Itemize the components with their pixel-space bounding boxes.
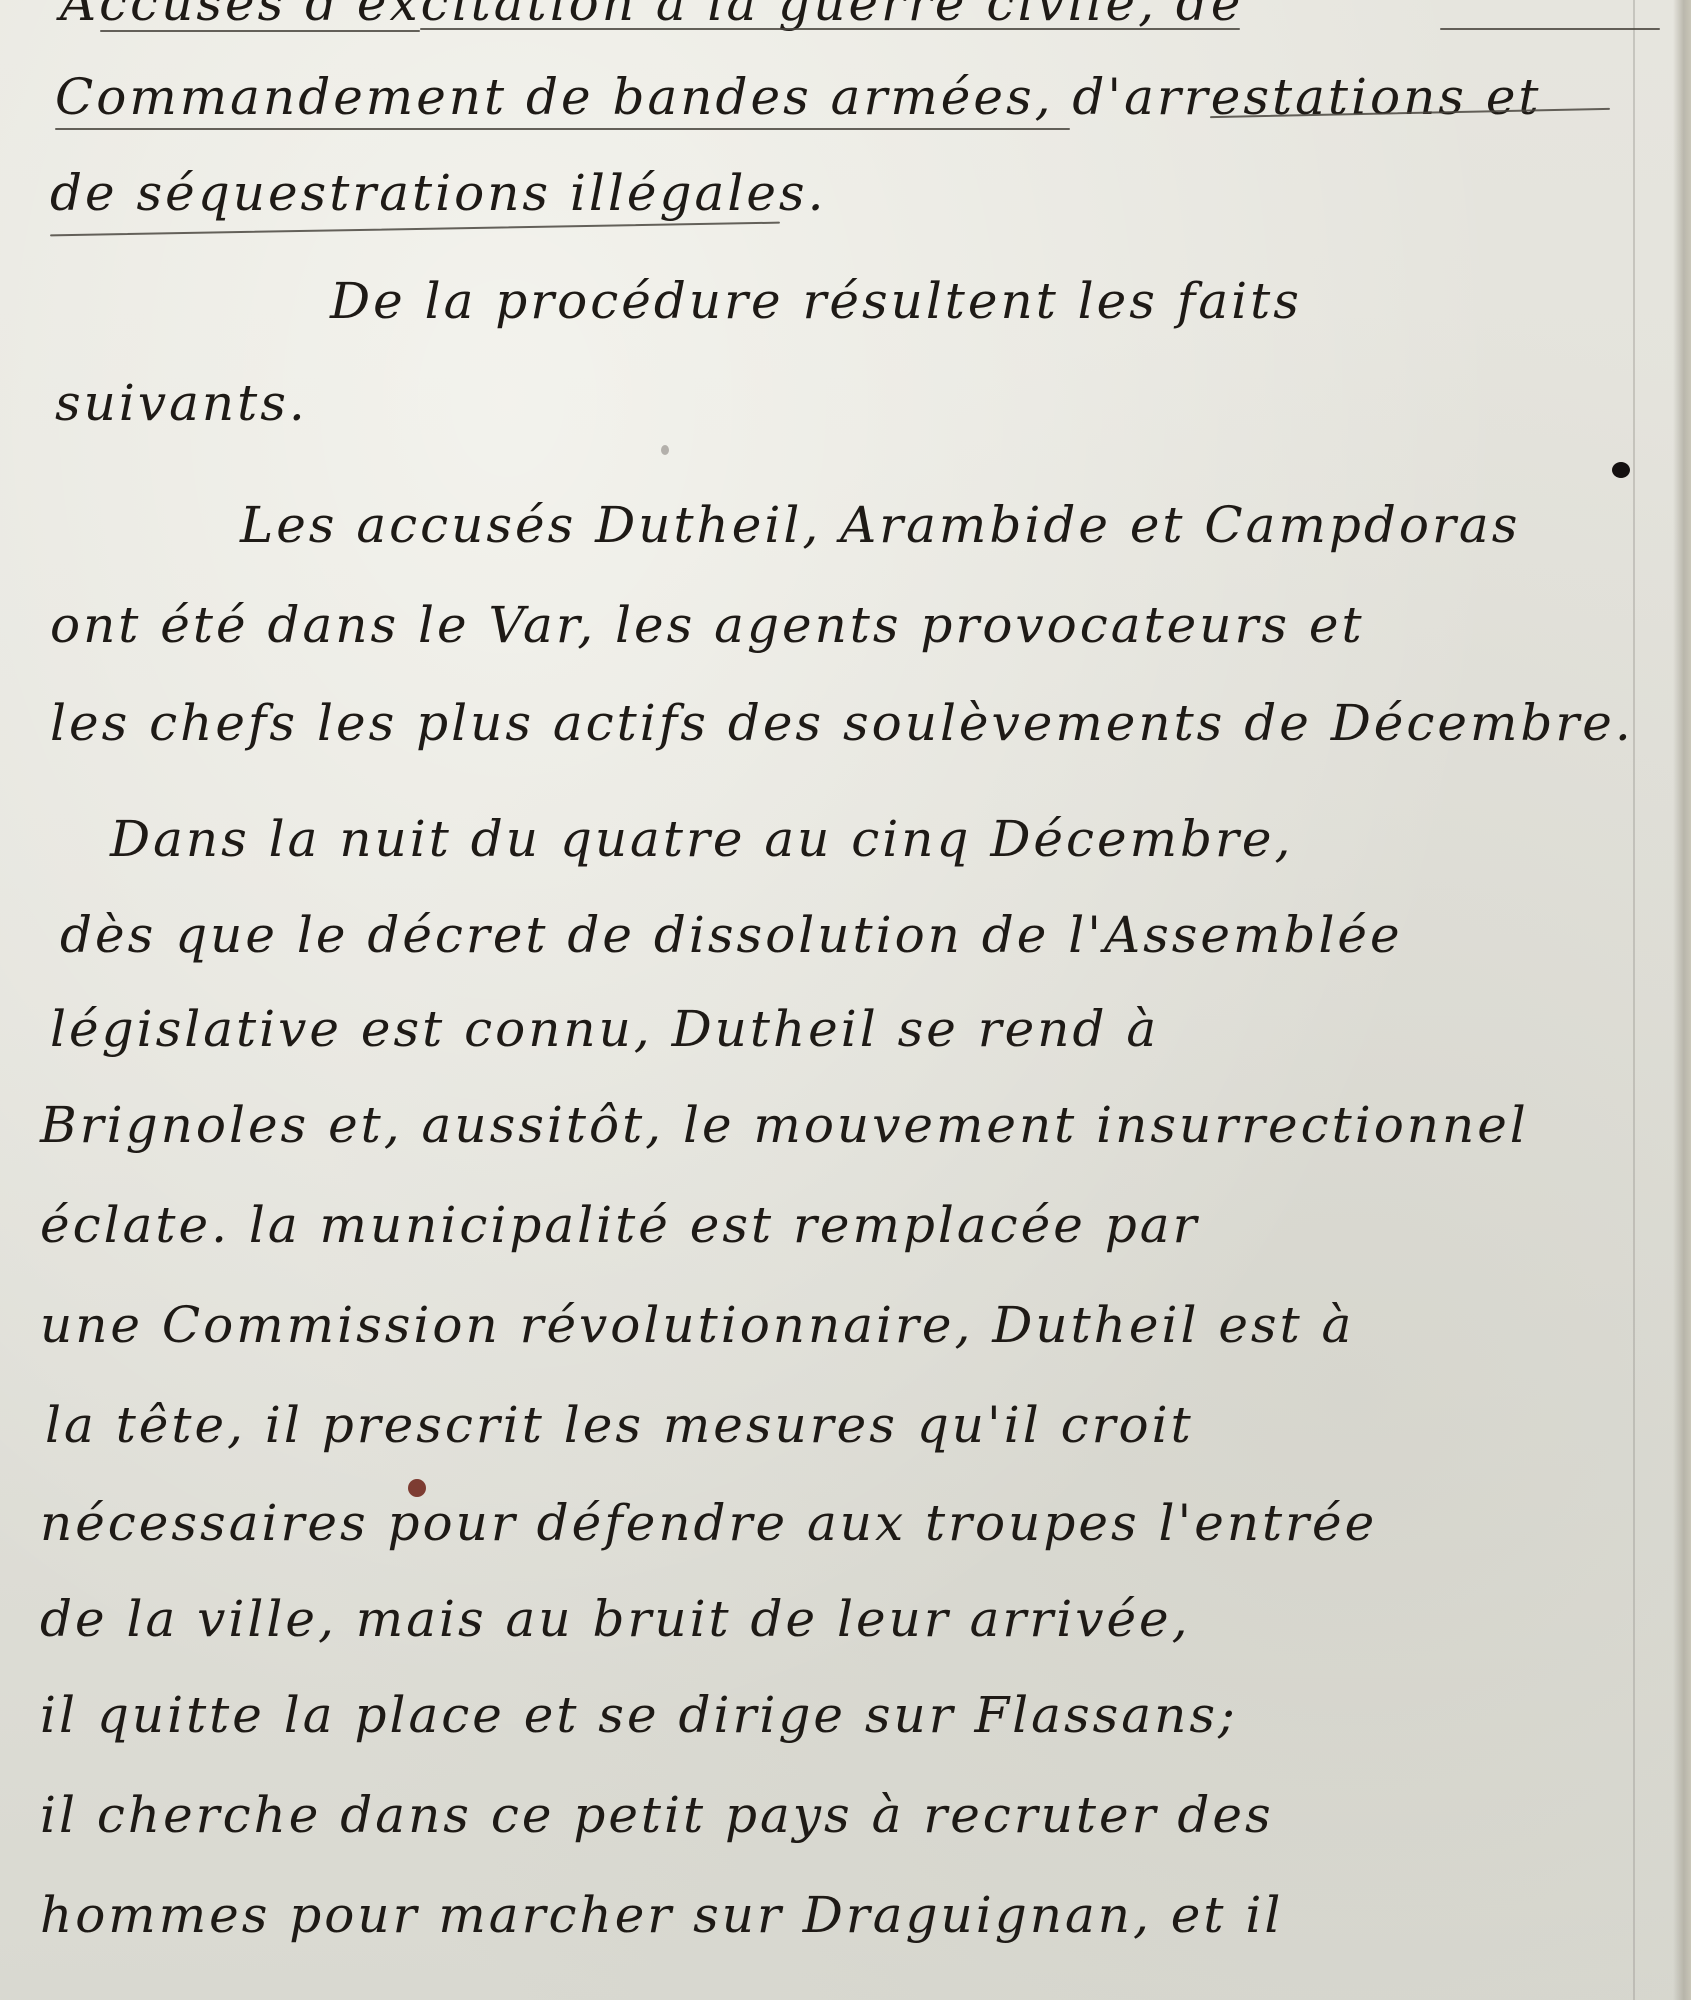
ink-stain — [408, 1479, 426, 1497]
text-line-12: Brignoles et, aussitôt, le mouvement ins… — [40, 1100, 1529, 1150]
paper-speck — [661, 445, 669, 455]
text-line-19: il cherche dans ce petit pays à recruter… — [40, 1790, 1274, 1840]
text-line-17: de la ville, mais au bruit de leur arriv… — [40, 1594, 1191, 1644]
text-line-11: législative est connu, Dutheil se rend à — [50, 1004, 1159, 1054]
underline — [420, 28, 1240, 30]
text-line-18: il quitte la place et se dirige sur Flas… — [40, 1690, 1238, 1740]
page-edge-shadow — [1673, 0, 1691, 2000]
ink-blot — [1612, 462, 1630, 478]
text-line-1: Accusés d'excitation à la guerre civile,… — [60, 0, 1244, 28]
text-line-10: dès que le décret de dissolution de l'As… — [60, 910, 1403, 960]
text-line-13: éclate. la municipalité est remplacée pa… — [40, 1200, 1199, 1250]
text-line-6: Les accusés Dutheil, Arambide et Campdor… — [240, 500, 1520, 550]
text-line-4: De la procédure résultent les faits — [330, 276, 1302, 326]
text-line-20: hommes pour marcher sur Draguignan, et i… — [40, 1890, 1283, 1940]
paper-fold — [1633, 0, 1635, 2000]
manuscript-page: Accusés d'excitation à la guerre civile,… — [0, 0, 1691, 2000]
text-line-7: ont été dans le Var, les agents provocat… — [50, 600, 1365, 650]
text-line-5: suivants. — [55, 378, 308, 428]
text-line-14: une Commission révolutionnaire, Dutheil … — [40, 1300, 1354, 1350]
underline — [100, 30, 420, 32]
text-line-8: les chefs les plus actifs des soulèvemen… — [50, 698, 1634, 748]
underline — [1440, 28, 1660, 30]
underline — [55, 128, 1070, 130]
text-line-16: nécessaires pour défendre aux troupes l'… — [40, 1498, 1377, 1548]
text-line-15: la tête, il prescrit les mesures qu'il c… — [45, 1400, 1194, 1450]
underline — [50, 222, 780, 237]
text-line-3: de séquestrations illégales. — [50, 168, 826, 218]
text-line-9: Dans la nuit du quatre au cinq Décembre, — [110, 814, 1293, 864]
